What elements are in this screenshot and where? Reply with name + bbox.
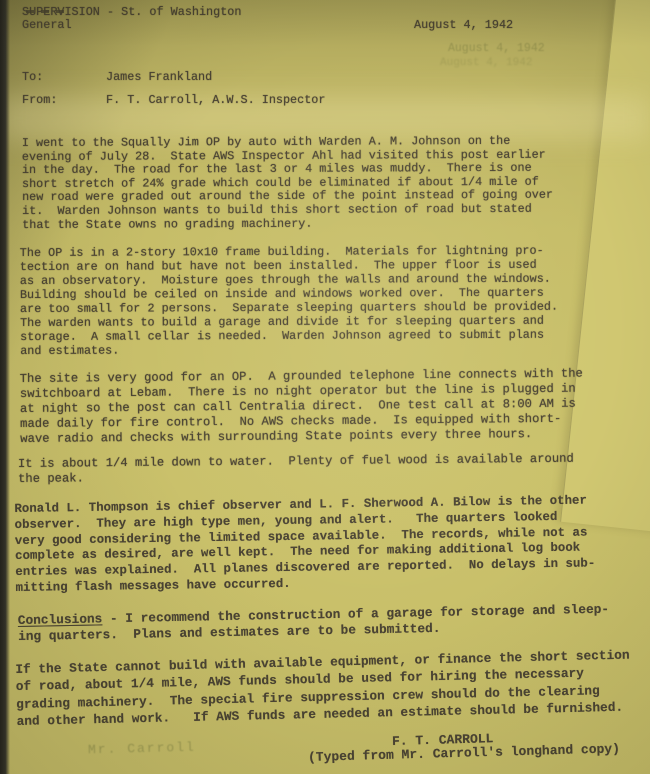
conclusions-paragraph: Conclusions - I recommend the constructi… (18, 602, 610, 646)
memo-paragraph-2: The OP is in a 2-story 10x10 frame build… (20, 244, 559, 358)
bleedthrough-name-text: Mr. Carroll (88, 740, 196, 758)
bleedthrough-date-text: August 4, 1942 (448, 42, 545, 55)
memo-document-photo: August 4, 1942 August 4, 1942 Mr. Carrol… (0, 0, 650, 774)
memo-paragraph-5: Ronald L. Thompson is chief observer and… (14, 493, 595, 596)
memo-paragraph-6: If the State cannot build with available… (15, 647, 631, 731)
to-label: To: (22, 71, 106, 85)
conclusions-heading: Conclusions (18, 611, 103, 628)
from-value: F. T. Carroll, A.W.S. Inspector (106, 93, 325, 107)
memo-paragraph-4: It is about 1/4 mile down to water. Plen… (18, 452, 574, 487)
memo-paragraph-1: I went to the Squally Jim OP by auto wit… (22, 135, 553, 232)
subject-subline: General (22, 19, 72, 33)
signature-note: (Typed from Mr. Carroll's longhand copy) (308, 741, 620, 765)
bleedthrough-date-text-2: August 4, 1942 (440, 57, 532, 69)
photo-edge-left (0, 0, 10, 774)
to-value: James Frankland (106, 70, 212, 84)
to-row: To:James Frankland (22, 71, 212, 85)
from-label: From: (22, 94, 106, 108)
cropped-text-fragments (26, 0, 71, 4)
memo-paragraph-3: The site is very good for an OP. A groun… (20, 367, 584, 447)
from-row: From:F. T. Carroll, A.W.S. Inspector (22, 94, 325, 108)
date-line: August 4, 1942 (414, 19, 513, 33)
